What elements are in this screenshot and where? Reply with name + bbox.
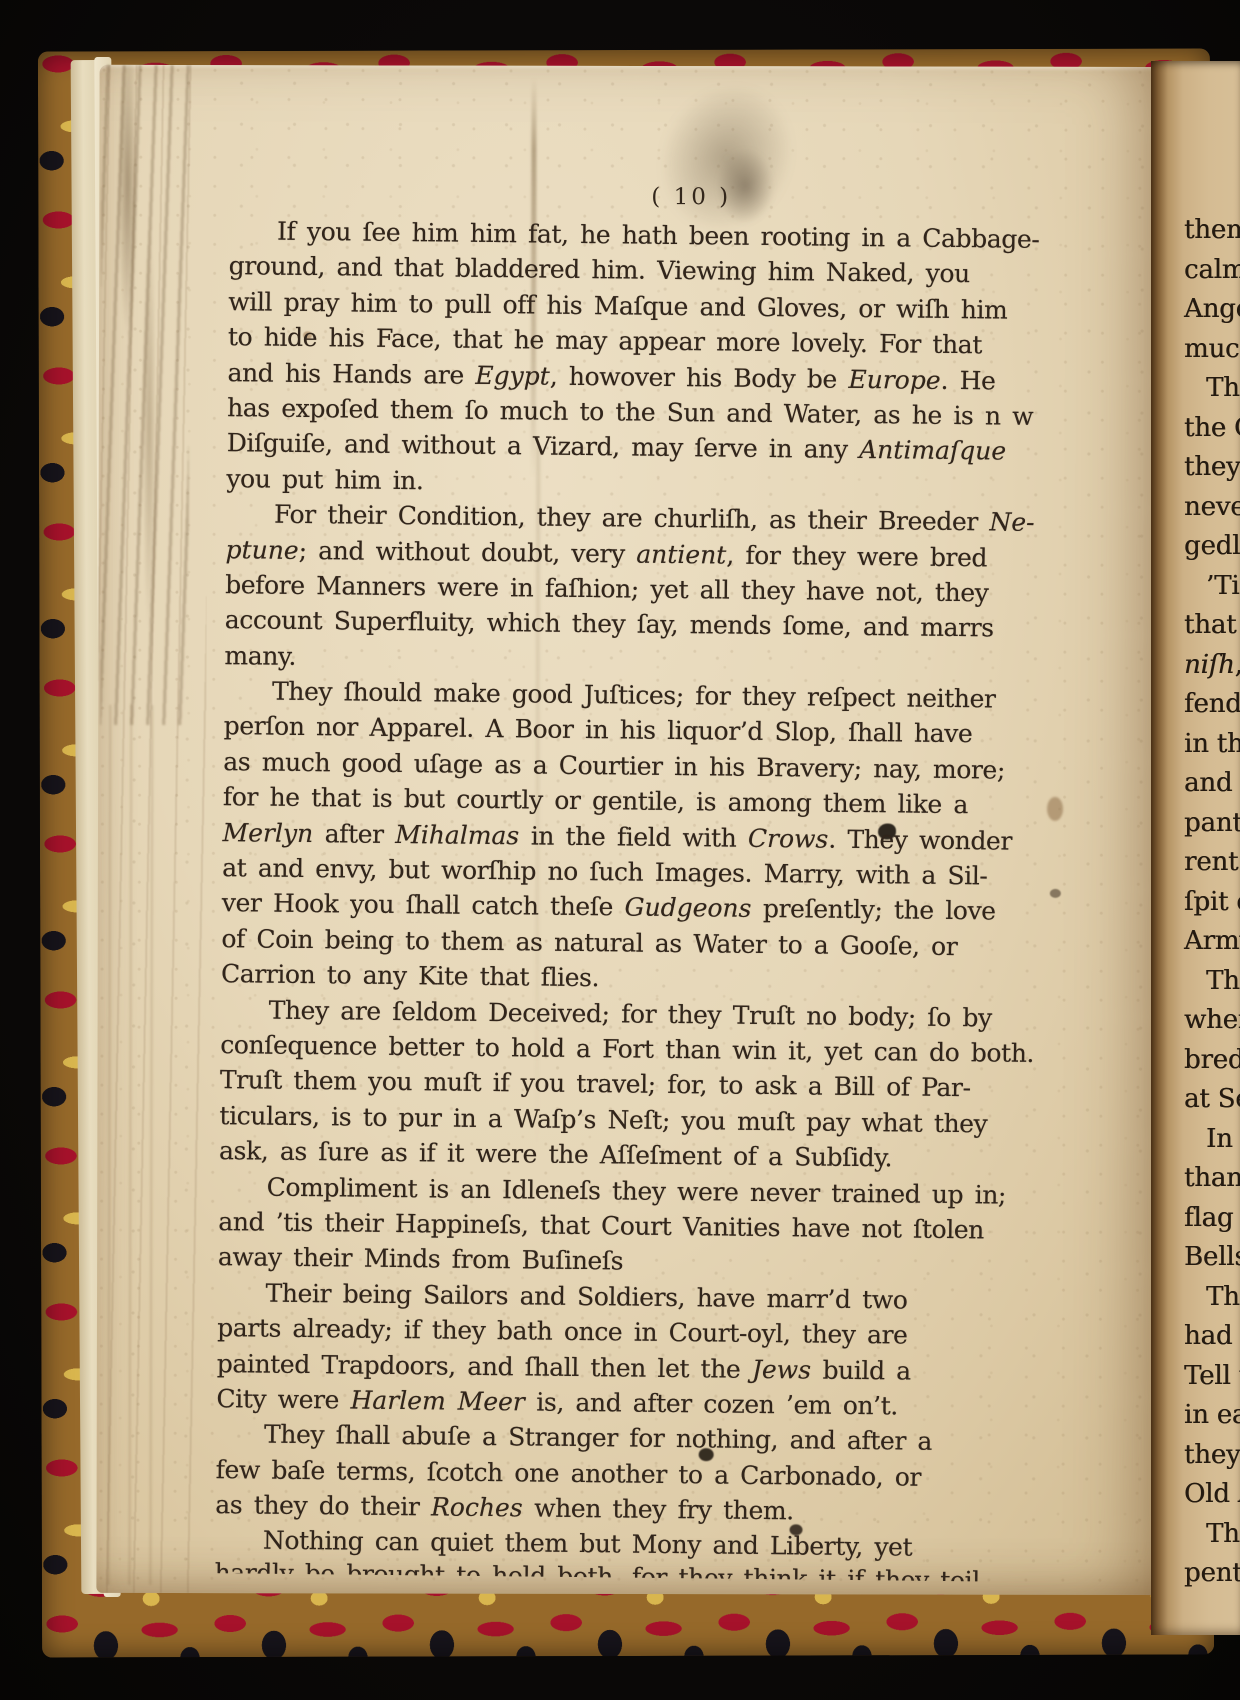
page-text: If you ſee him him fat, he hath been roo… [215,213,1070,1582]
adjacent-text-fragment: in ear [1184,1396,1240,1436]
gutter-fibers [96,65,207,1593]
adjacent-text-fragment: much f [1184,330,1240,370]
adjacent-text-fragment: calm th [1184,251,1240,291]
adjacent-text-fragment: In H [1184,1120,1240,1160]
adjacent-text-fragment: niſh, by [1184,646,1240,686]
adjacent-text-fragment: Old A [1184,1475,1240,1515]
gutter-fibers-bottom [100,705,172,1585]
adjacent-text-fragment: Bells a [1184,1238,1240,1278]
adjacent-text-fragment: they w [1184,448,1240,488]
adjacent-text-fragment: than ſa [1184,1159,1240,1199]
adjacent-text-fragment: them fo [1184,211,1240,251]
adjacent-text-fragment: they [1184,1436,1240,1476]
adjacent-page-text: them focalm thAnger hmuch fTheithe Glthe… [1184,211,1240,1594]
adjacent-text-fragment: gedly t [1184,527,1240,567]
adjacent-text-fragment: bred t [1184,1041,1240,1081]
adjacent-text-fragment: at Sea [1184,1080,1240,1120]
adjacent-text-fragment: had n [1184,1317,1240,1357]
adjacent-text-fragment: Thei [1184,369,1240,409]
adjacent-text-fragment: and wi [1184,764,1240,804]
adjacent-text-fragment: in the l [1184,725,1240,765]
adjacent-text-fragment: ſpit ov [1184,883,1240,923]
adjacent-text-fragment: Army. [1184,922,1240,962]
book-photo: ( 10 ) If you ſee him him fat, he hath b… [0,0,1240,1700]
adjacent-text-fragment: pents [1184,1554,1240,1594]
adjacent-text-fragment: rent it [1184,843,1240,883]
adjacent-text-fragment: flag an [1184,1199,1240,1239]
adjacent-text-fragment: never l [1184,488,1240,528]
page-number: ( 10 ) [651,184,731,210]
adjacent-text-fragment: The [1184,1278,1240,1318]
gutter-fibers-top [100,65,189,725]
adjacent-text-fragment: The [1184,962,1240,1002]
adjacent-text-fragment: the Gl [1184,409,1240,449]
adjacent-text-fragment: Th [1184,1515,1240,1555]
adjacent-page: them focalm thAnger hmuch fTheithe Glthe… [1151,61,1240,1635]
adjacent-text-fragment: Anger h [1184,290,1240,330]
adjacent-text-fragment: ’Tis [1184,567,1240,607]
adjacent-text-fragment: panting [1184,804,1240,844]
adjacent-text-fragment: Tell t [1184,1357,1240,1397]
left-page: ( 10 ) If you ſee him him fat, he hath b… [96,65,1179,1595]
adjacent-text-fragment: where [1184,1001,1240,1041]
adjacent-text-fragment: fendan [1184,685,1240,725]
adjacent-text-fragment: that at [1184,606,1240,646]
